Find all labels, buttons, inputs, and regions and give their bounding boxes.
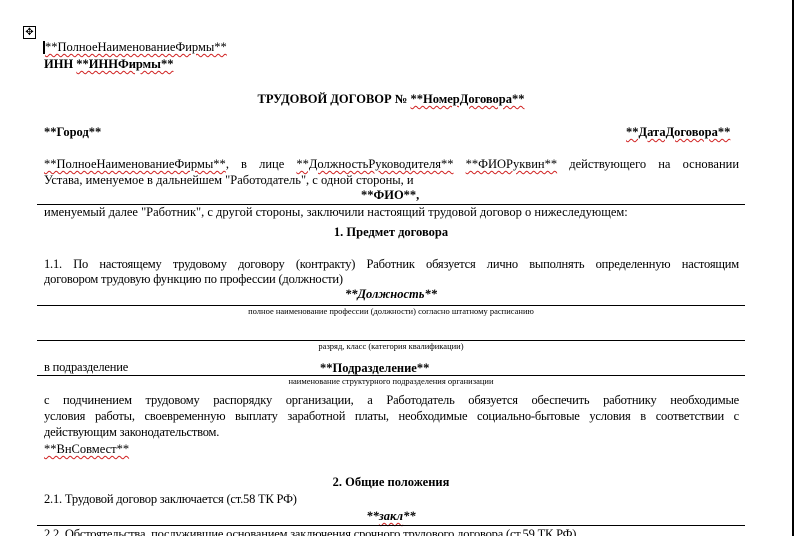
inn-value[interactable]: **ИННФирмы**: [76, 57, 173, 71]
section-2-p1: 2.1. Трудовой договор заключается (ст.58…: [44, 492, 297, 507]
city-field[interactable]: **Город**: [44, 125, 101, 140]
combo-field[interactable]: **ВнСовмест**: [44, 442, 129, 457]
preamble-text: , в лице: [226, 157, 284, 171]
inn-line: ИНН **ИННФирмы**: [44, 57, 173, 72]
position-field[interactable]: **Должность**: [37, 287, 745, 302]
term-underline: [37, 525, 745, 526]
department-caption: наименование структурного подразделения …: [37, 376, 745, 386]
preamble-line-1: **ПолноеНаименованиеФирмы**, в лице **До…: [44, 157, 739, 172]
section-1-p2-line-3: действующим законодательством.: [44, 425, 219, 440]
section-1-p1-line-1: 1.1. По настоящему трудовому договору (к…: [44, 257, 739, 272]
section-1-heading: 1. Предмет договора: [37, 225, 745, 240]
department-field[interactable]: **Подразделение**: [320, 361, 429, 376]
date-text: **ДатаДоговора**: [626, 125, 730, 139]
section-2-p2: 2.2. Обстоятельства, послужившие основан…: [44, 527, 576, 536]
grade-caption: разряд, класс (категория квалификации): [37, 341, 745, 351]
preamble-text: действующего на основании: [569, 157, 739, 171]
director-position-field[interactable]: **ДолжностьРуководителя**: [296, 157, 453, 171]
employee-fio-field[interactable]: **ФИО**,: [361, 188, 419, 203]
contract-number-field[interactable]: **НомерДоговора**: [410, 92, 524, 106]
section-1-p2-line-2: условия работы, своевременную выплату за…: [44, 409, 739, 424]
inn-label: ИНН: [44, 57, 73, 71]
term-field-text: закл: [379, 509, 403, 523]
section-1-p1-line-2: договором трудовую функцию по профессии …: [44, 272, 343, 287]
director-fio-field[interactable]: **ФИОРуквин**: [466, 157, 558, 171]
title-prefix: ТРУДОВОЙ ДОГОВОР №: [257, 92, 407, 106]
section-1-p2-line-1: с подчинением трудовому распорядку орган…: [44, 393, 739, 408]
preamble-line-3: именуемый далее "Работник", с другой сто…: [44, 205, 628, 220]
field-marker: **: [403, 509, 416, 523]
position-caption: полное наименование профессии (должности…: [37, 306, 745, 316]
department-label: в подразделение: [44, 360, 128, 375]
contract-term-field[interactable]: **закл**: [37, 509, 745, 524]
page-right-edge: [792, 0, 794, 536]
table-move-handle-icon[interactable]: ✥: [23, 26, 36, 39]
date-field[interactable]: **ДатаДоговора**: [626, 125, 730, 140]
preamble-line-2: Устава, именуемое в дальнейшем "Работода…: [44, 173, 414, 188]
preamble-firm-field[interactable]: **ПолноеНаименованиеФирмы**: [44, 157, 226, 171]
section-2-heading: 2. Общие положения: [37, 475, 745, 490]
firm-name-field[interactable]: **ПолноеНаименованиеФирмы**: [45, 40, 227, 55]
document-title: ТРУДОВОЙ ДОГОВОР № **НомерДоговора**: [37, 92, 745, 107]
field-marker: **: [366, 509, 379, 523]
combo-field-text: **ВнСовмест**: [44, 442, 129, 456]
firm-name-text: **ПолноеНаименованиеФирмы**: [45, 40, 227, 54]
